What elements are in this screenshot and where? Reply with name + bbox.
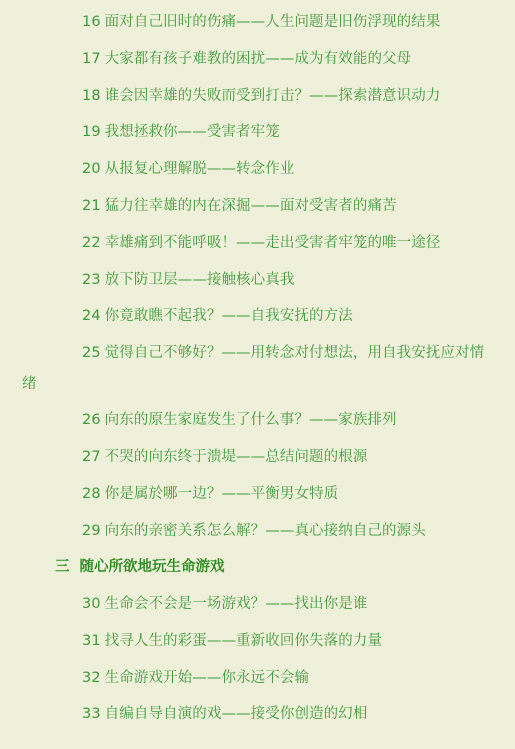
toc-entry-26[interactable]: 26向东的原生家庭发生了什么事？——家族排列 <box>22 405 492 436</box>
toc-entry-22[interactable]: 22幸雄痛到不能呼吸！——走出受害者牢笼的唯一途径 <box>22 228 492 259</box>
toc-entry-25[interactable]: 25觉得自己不够好？——用转念对付想法，用自我安抚应对情绪 <box>22 338 492 400</box>
toc-entry-21[interactable]: 21猛力往幸雄的内在深掘——面对受害者的痛苦 <box>22 191 492 222</box>
toc-entry-30[interactable]: 30生命会不会是一场游戏？——找出你是谁 <box>22 589 492 620</box>
toc-entry-23[interactable]: 23放下防卫层——接触核心真我 <box>22 265 492 296</box>
toc-entry-31[interactable]: 31找寻人生的彩蛋——重新收回你失落的力量 <box>22 626 492 657</box>
toc-entry-17[interactable]: 17大家都有孩子难教的困扰——成为有效能的父母 <box>22 44 492 75</box>
toc-entry-32[interactable]: 32生命游戏开始——你永远不会输 <box>22 663 492 694</box>
toc-entry-28[interactable]: 28你是属於哪一边？——平衡男女特质 <box>22 479 492 510</box>
toc-entry-29[interactable]: 29向东的亲密关系怎么解？——真心接纳自己的源头 <box>22 516 492 547</box>
toc-entry-24[interactable]: 24你竟敢瞧不起我？——自我安抚的方法 <box>22 301 492 332</box>
toc-entry-27[interactable]: 27不哭的向东终于溃堤——总结问题的根源 <box>22 442 492 473</box>
section-heading[interactable]: 三随心所欲地玩生命游戏 <box>55 557 225 577</box>
toc-entry-33[interactable]: 33自编自导自演的戏——接受你创造的幻相 <box>22 699 492 730</box>
toc-entry-19[interactable]: 19我想拯救你——受害者牢笼 <box>22 117 492 148</box>
toc-entry-18[interactable]: 18谁会因幸雄的失败而受到打击？——探索潜意识动力 <box>22 81 492 112</box>
toc-entry-20[interactable]: 20从报复心理解脱——转念作业 <box>22 154 492 185</box>
toc-entry-16[interactable]: 16面对自己旧时的伤痛——人生问题是旧伤浮现的结果 <box>22 7 492 38</box>
